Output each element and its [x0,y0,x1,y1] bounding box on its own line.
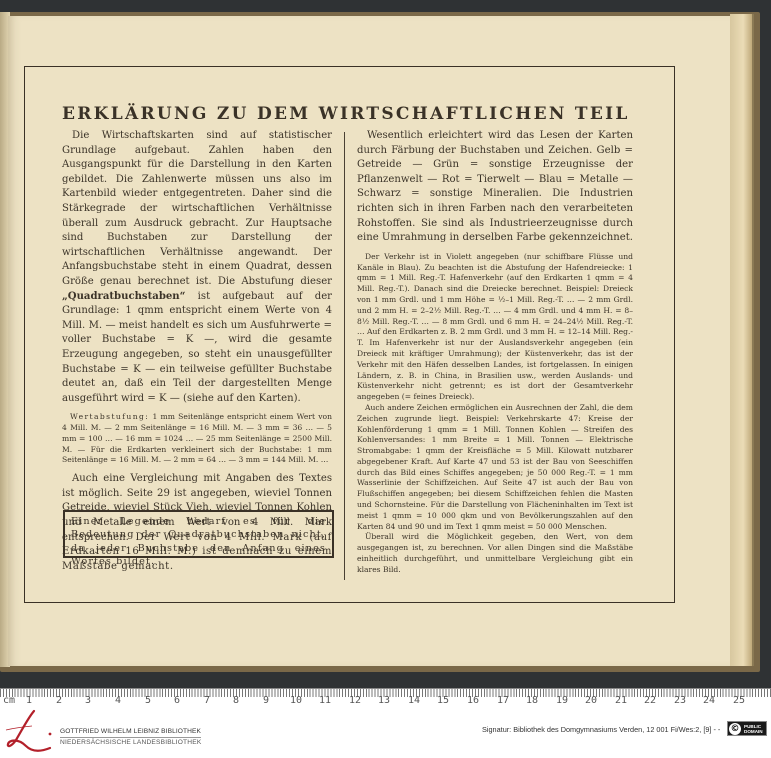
ruler-label: 8 [233,695,239,706]
value-scale-lead: Wertabstufung: [70,412,149,421]
other-symbols-paragraph: Auch andere Zeichen ermöglichen ein Ausr… [357,403,633,533]
column-divider [344,132,345,580]
ruler-label: 20 [585,695,597,706]
library-subname: NIEDERSÄCHSISCHE LANDESBIBLIOTHEK [60,739,201,746]
ruler-label: 12 [349,695,361,706]
public-domain-icon: © [729,723,741,735]
public-domain-label: PUBLIC DOMAIN [744,724,763,734]
legend-note-box: Einer Legende bedarf es für die Bedeutun… [63,510,334,558]
scanned-page-image: ERKLÄRUNG ZU DEM WIRTSCHAFTLICHEN TEIL D… [0,0,771,688]
ruler-unit: cm [3,695,15,706]
page-edges [730,14,754,666]
ruler-label: 23 [674,695,686,706]
coloring-paragraph: Wesentlich erleichtert wird das Lesen de… [357,129,633,246]
value-scale-paragraph: Wertabstufung: 1 mm Seitenlänge entspric… [62,412,332,466]
ruler-label: 21 [615,695,627,706]
ruler-label: 14 [408,695,420,706]
intro-text-rest: ist aufgebaut auf der Grundlage: 1 qmm e… [62,291,332,404]
ruler-label: 17 [497,695,509,706]
ruler-label: 9 [263,695,269,706]
ruler-label: 19 [556,695,568,706]
footer: GOTTFRIED WILHELM LEIBNIZ BIBLIOTHEK NIE… [0,706,771,758]
ruler-label: 3 [85,695,91,706]
library-logo-icon [4,708,52,756]
ruler-label: 1 [26,695,32,706]
ruler-label: 25 [733,695,745,706]
legend-note-text: Einer Legende bedarf es für die Bedeutun… [71,515,326,569]
library-name: GOTTFRIED WILHELM LEIBNIZ BIBLIOTHEK [60,728,201,738]
ruler-label: 6 [174,695,180,706]
badge-line-1: PUBLIC [744,724,763,729]
left-column: Die Wirtschaftskarten sind auf statistis… [62,129,332,574]
ruler-label: 2 [56,695,62,706]
traffic-paragraph: Der Verkehr ist in Violett angegeben (nu… [357,252,633,403]
ruler-label: 4 [115,695,121,706]
right-column: Wesentlich erleichtert wird das Lesen de… [357,129,633,576]
ruler-label: 11 [319,695,331,706]
public-domain-badge[interactable]: © PUBLIC DOMAIN [727,721,767,736]
ruler-label: 13 [378,695,390,706]
ruler-label: 16 [467,695,479,706]
shelfmark: Signatur: Bibliothek des Domgymnasiums V… [482,725,720,734]
badge-line-2: DOMAIN [744,729,763,734]
quadratbuchstaben-term: „Quadratbuchstaben“ [62,291,185,302]
ruler-label: 24 [703,695,715,706]
intro-text: Die Wirtschaftskarten sind auf statistis… [62,130,332,287]
ruler-label: 10 [290,695,302,706]
conclusion-paragraph: Überall wird die Möglichkeit gegeben, de… [357,532,633,575]
ruler-label: 22 [644,695,656,706]
ruler-label: 18 [526,695,538,706]
ruler-label: 5 [145,695,151,706]
ruler-label: 15 [437,695,449,706]
intro-paragraph: Die Wirtschaftskarten sind auf statistis… [62,129,332,406]
ruler-label: 7 [204,695,210,706]
measurement-ruler: cm 1 2 3 4 5 6 7 8 9 10 11 12 13 14 15 1… [0,688,771,706]
page-title: ERKLÄRUNG ZU DEM WIRTSCHAFTLICHEN TEIL [62,104,662,124]
